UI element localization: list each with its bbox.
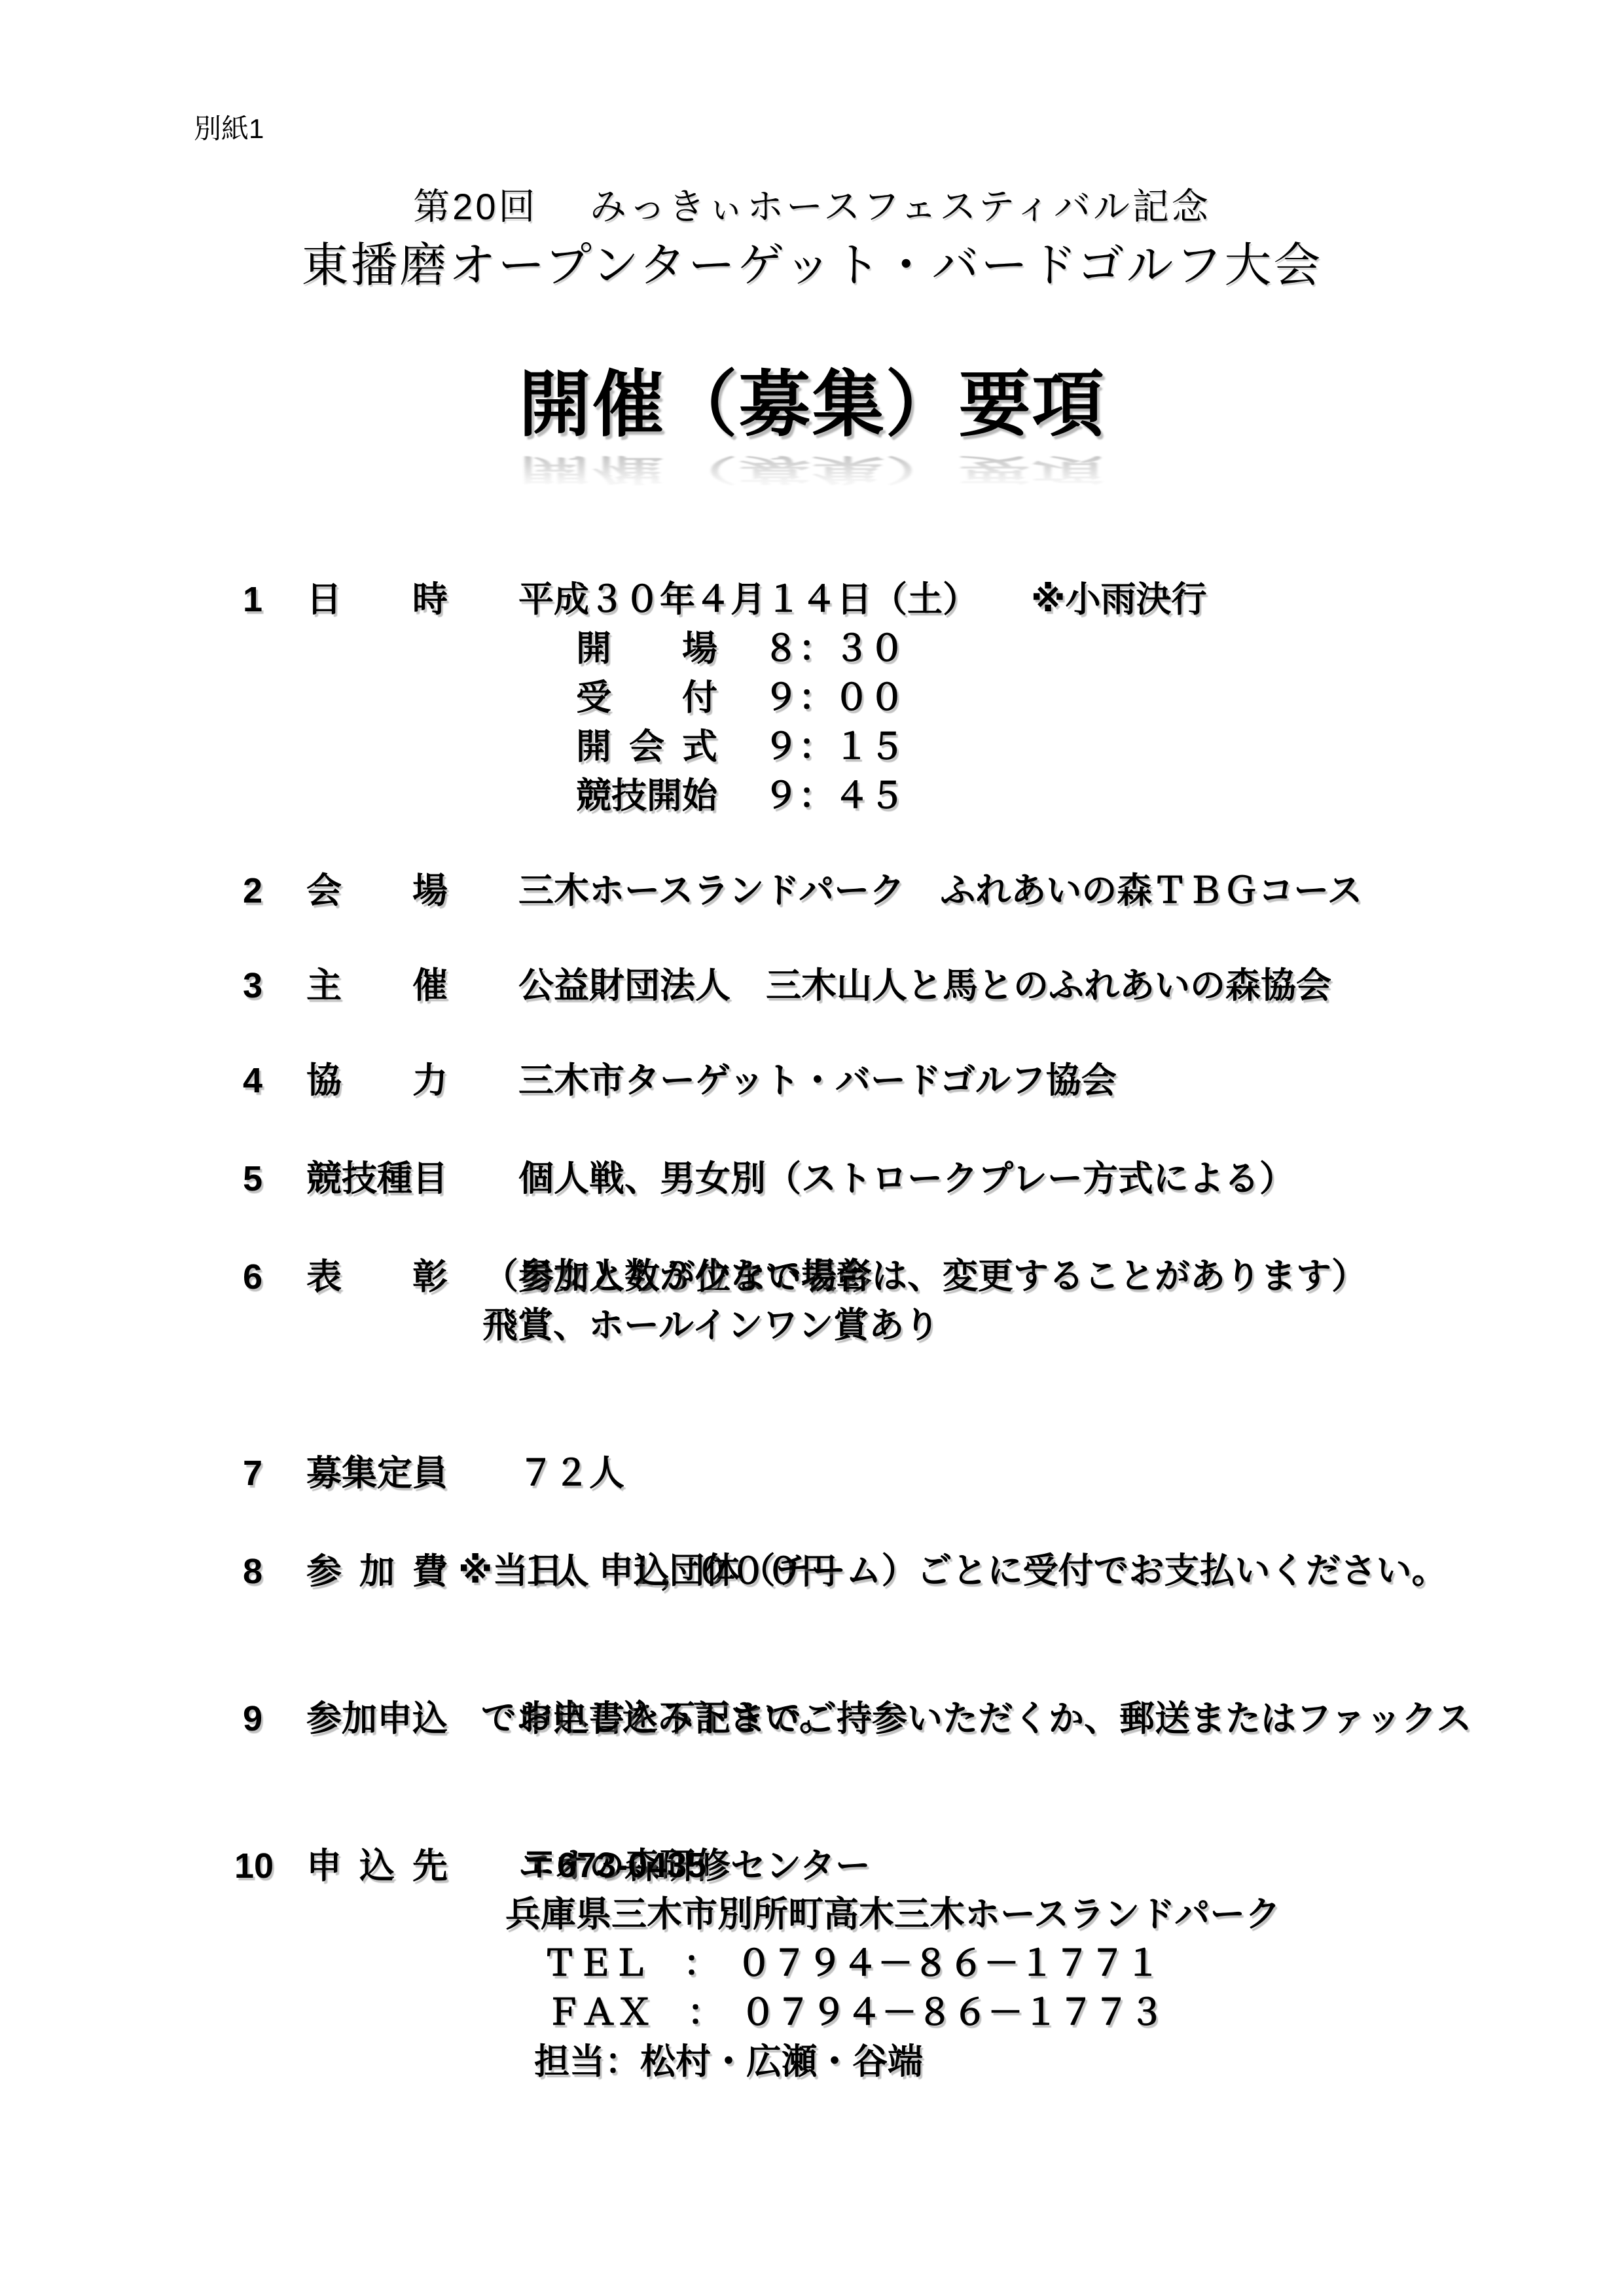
event-name: 東播磨オープンターゲット・バードゴルフ大会 bbox=[0, 241, 1624, 291]
item-number: 3 bbox=[234, 961, 271, 1011]
note-line: でお申し込み下さい。 bbox=[481, 1693, 835, 1743]
item-content: 三木市ターゲット・バードゴルフ協会 bbox=[518, 1056, 1117, 1105]
item-label: 協力 bbox=[306, 1056, 448, 1105]
item-label: 表彰 bbox=[306, 1252, 448, 1302]
item-number: 8 bbox=[234, 1547, 271, 1596]
item-label: 競技種目 bbox=[306, 1154, 448, 1204]
page-title: 開催（募集）要項 bbox=[0, 360, 1624, 450]
fax-line: ＦＡＸ ： ０７９４－８６－１７７３ bbox=[546, 1988, 1164, 2037]
item-label: 日時 bbox=[306, 575, 448, 624]
item-content: 個人戦、男女別（ストロークプレー方式による） bbox=[518, 1154, 1295, 1204]
item-label: 募集定員 bbox=[306, 1448, 448, 1498]
item-label: 参加費 bbox=[306, 1547, 448, 1596]
item-number: 2 bbox=[234, 866, 271, 916]
item-number: 1 bbox=[234, 575, 271, 624]
item-number: 5 bbox=[234, 1154, 271, 1204]
item-number: 9 bbox=[234, 1694, 271, 1744]
note-line: ※当日、申込団体（チーム）ごとに受付でお支払いください。 bbox=[458, 1546, 1447, 1596]
item-content: 三木ホースランドパーク ふれあいの森ＴＢＧコース bbox=[518, 866, 1363, 916]
note-line: 飛賞、ホールインワン賞あり bbox=[482, 1300, 939, 1350]
schedule-time: ９：４５ bbox=[763, 771, 905, 821]
document-page: 別紙1 第20回 みっきぃホースフェスティバル記念 東播磨オープンターゲット・バ… bbox=[0, 0, 1624, 2296]
event-subtitle: 第20回 みっきぃホースフェスティバル記念 bbox=[0, 182, 1624, 232]
contact-persons-line: 担当：松村・広瀬・谷端 bbox=[534, 2037, 923, 2087]
item-content: 公益財団法人 三木山人と馬とのふれあいの森協会 bbox=[518, 961, 1331, 1011]
item-number: 7 bbox=[234, 1448, 271, 1498]
note-line: （参加人数が少ない場合は、変更することがあります） bbox=[483, 1251, 1367, 1301]
attachment-note: 別紙1 bbox=[194, 110, 264, 148]
postal-code: 〒673-0435 bbox=[522, 1840, 706, 1890]
item-number: 10 bbox=[234, 1841, 271, 1891]
tel-line: ＴＥＬ ： ０７９４－８６－１７７１ bbox=[542, 1939, 1161, 1988]
item-label: 参加申込 bbox=[306, 1694, 448, 1744]
reflection-fade bbox=[0, 450, 1624, 506]
address-line: 兵庫県三木市別所町高木三木ホースランドパーク bbox=[505, 1890, 1280, 1939]
schedule-name: 競技開始 bbox=[576, 771, 717, 821]
item-label: 主催 bbox=[306, 961, 448, 1011]
item-number: 6 bbox=[234, 1252, 271, 1302]
item-label: 申込先 bbox=[306, 1841, 448, 1891]
item-content: ７２人 bbox=[518, 1448, 624, 1498]
item-label: 会場 bbox=[306, 866, 448, 916]
item-number: 4 bbox=[234, 1056, 271, 1105]
